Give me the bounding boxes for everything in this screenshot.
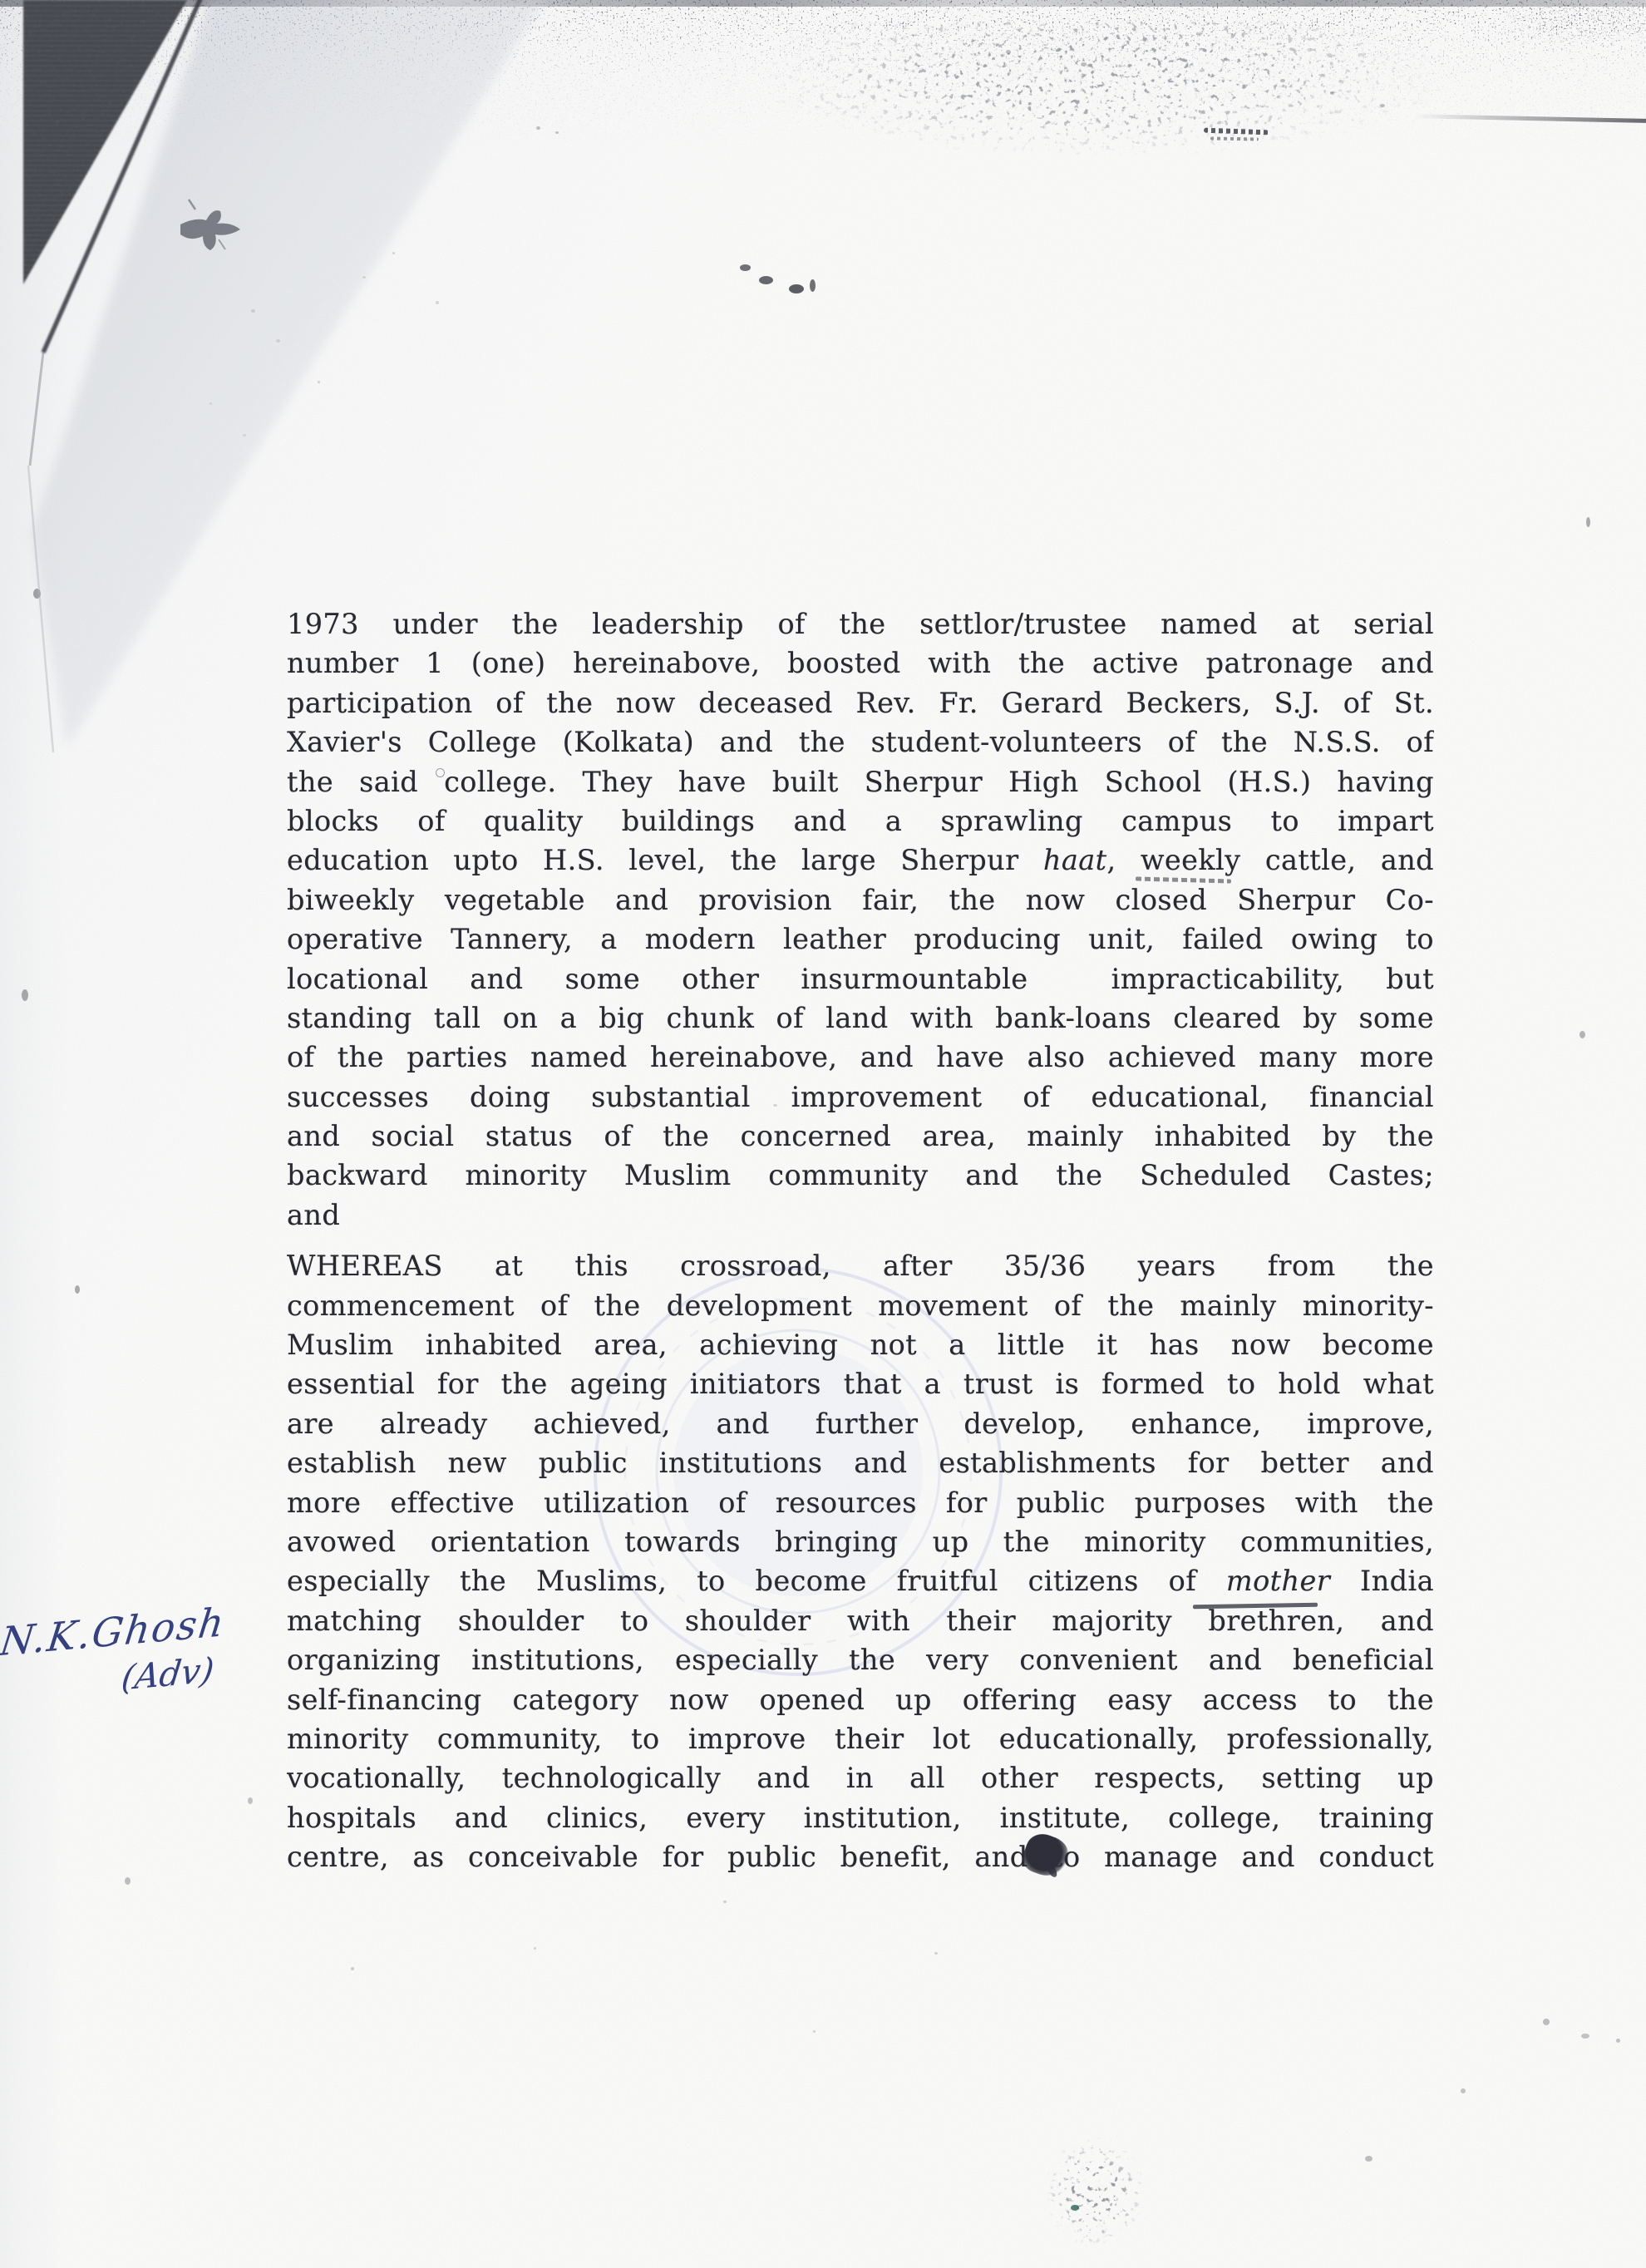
text-line: Xavier's College (Kolkata) and the stude…	[287, 722, 1434, 762]
scan-speck	[555, 131, 559, 134]
text-line: education upto H.S. level, the large She…	[287, 841, 1434, 880]
text-line: successes doing substantial improvement …	[287, 1077, 1434, 1117]
text-line: of the parties named hereinabove, and ha…	[287, 1038, 1434, 1077]
text-line: organizing institutions, especially the …	[287, 1640, 1434, 1679]
text-line: and	[287, 1196, 1434, 1235]
text-line: minority community, to improve their lot…	[287, 1719, 1434, 1758]
text-line: biweekly vegetable and provision fair, t…	[287, 880, 1434, 920]
text-line: locational and some other insurmountable…	[287, 959, 1434, 998]
degree-ring-mark	[436, 768, 445, 777]
scan-speck	[813, 2030, 816, 2033]
stray-scribble-mark	[1210, 136, 1259, 141]
scan-speck	[632, 1106, 635, 1109]
text-line: 1973 under the leadership of the settlor…	[287, 604, 1434, 643]
text-line: the said college. They have built Sherpu…	[287, 762, 1434, 801]
scan-speck	[723, 1901, 727, 1903]
text-line: backward minority Muslim community and t…	[287, 1156, 1434, 1195]
scan-speck	[1330, 91, 1334, 95]
scan-speck	[1461, 2088, 1466, 2093]
scan-speck	[934, 1952, 938, 1955]
scan-speck	[1616, 2039, 1620, 2043]
scan-speck	[22, 989, 28, 1001]
scan-speck	[1006, 50, 1011, 54]
text-line: more effective utilization of resources …	[287, 1483, 1434, 1522]
text-line: essential for the ageing initiators that…	[287, 1364, 1434, 1403]
stray-scribble-mark	[1204, 128, 1269, 136]
scan-speck	[318, 381, 320, 383]
scan-speck	[33, 589, 41, 599]
top-edge-noise-band	[0, 0, 1646, 158]
top-right-smudge	[1505, 3, 1646, 43]
scan-speck	[248, 1797, 253, 1804]
paragraph-recital-continuation: 1973 under the leadership of the settlor…	[287, 604, 1434, 1235]
text-line: blocks of quality buildings and a sprawl…	[287, 801, 1434, 841]
text-line: and social status of the concerned area,…	[287, 1117, 1434, 1156]
scan-speck	[536, 126, 540, 130]
scan-speck	[243, 434, 246, 436]
text-line: commencement of the development movement…	[287, 1286, 1434, 1325]
top-edge-dark-line	[0, 0, 1646, 7]
margin-annotation: N.K.Ghosh (Adv)	[0, 1600, 231, 1708]
scan-speck	[1579, 1031, 1585, 1038]
handwritten-designation: (Adv)	[120, 1649, 232, 1699]
text-line: participation of the now deceased Rev. F…	[287, 683, 1434, 722]
text-line: number 1 (one) hereinabove, boosted with…	[287, 643, 1434, 683]
scan-speck	[759, 276, 773, 284]
scan-speck	[276, 339, 280, 343]
scanned-document-page: 1973 under the leadership of the settlor…	[0, 0, 1646, 2268]
scan-speck	[1081, 62, 1087, 67]
scan-speck	[1543, 2019, 1550, 2025]
text-line: are already achieved, and further develo…	[287, 1404, 1434, 1443]
scan-speck	[251, 309, 255, 313]
text-line: standing tall on a big chunk of land wit…	[287, 998, 1434, 1038]
scan-speck	[362, 276, 366, 279]
text-line: Muslim inhabited area, achieving not a l…	[287, 1325, 1434, 1364]
paragraph-whereas-clause: WHEREAS at this crossroad, after 35/36 y…	[287, 1246, 1434, 1876]
fingerprint-smudge	[1024, 2114, 1166, 2264]
text-line: vocationally, technologically and in all…	[287, 1758, 1434, 1797]
text-line: avowed orientation towards bringing up t…	[287, 1522, 1434, 1561]
text-line: WHEREAS at this crossroad, after 35/36 y…	[287, 1246, 1434, 1285]
scan-speck	[1365, 2156, 1372, 2162]
ink-splat	[170, 193, 250, 256]
scan-speck	[125, 1877, 131, 1885]
text-line: hospitals and clinics, every institution…	[287, 1798, 1434, 1837]
scan-speck	[351, 1967, 354, 1970]
scan-speck	[209, 402, 212, 405]
text-line: operative Tannery, a modern leather prod…	[287, 920, 1434, 959]
scan-speck	[789, 284, 804, 293]
scan-speck	[1586, 517, 1590, 527]
scan-speck	[1380, 104, 1385, 107]
scan-speck	[1581, 2034, 1589, 2039]
scan-speck	[75, 1285, 80, 1294]
scan-speck	[1280, 79, 1285, 82]
scan-speck	[436, 301, 439, 304]
document-text: 1973 under the leadership of the settlor…	[287, 604, 1434, 1877]
teal-ink-speck	[1071, 2205, 1079, 2211]
text-line: self-financing category now opened up of…	[287, 1680, 1434, 1719]
scan-speck	[740, 264, 751, 271]
top-smudge-patch	[773, 22, 1430, 155]
text-line: establish new public institutions and es…	[287, 1443, 1434, 1482]
text-line: centre, as conceivable for public benefi…	[287, 1837, 1434, 1876]
top-right-streak	[1413, 114, 1646, 123]
text-line: especially the Muslims, to become fruitf…	[287, 1561, 1434, 1600]
scan-speck	[392, 252, 395, 254]
scan-speck	[810, 279, 816, 292]
scan-speck	[534, 1947, 536, 1950]
scan-speck	[773, 1104, 777, 1107]
